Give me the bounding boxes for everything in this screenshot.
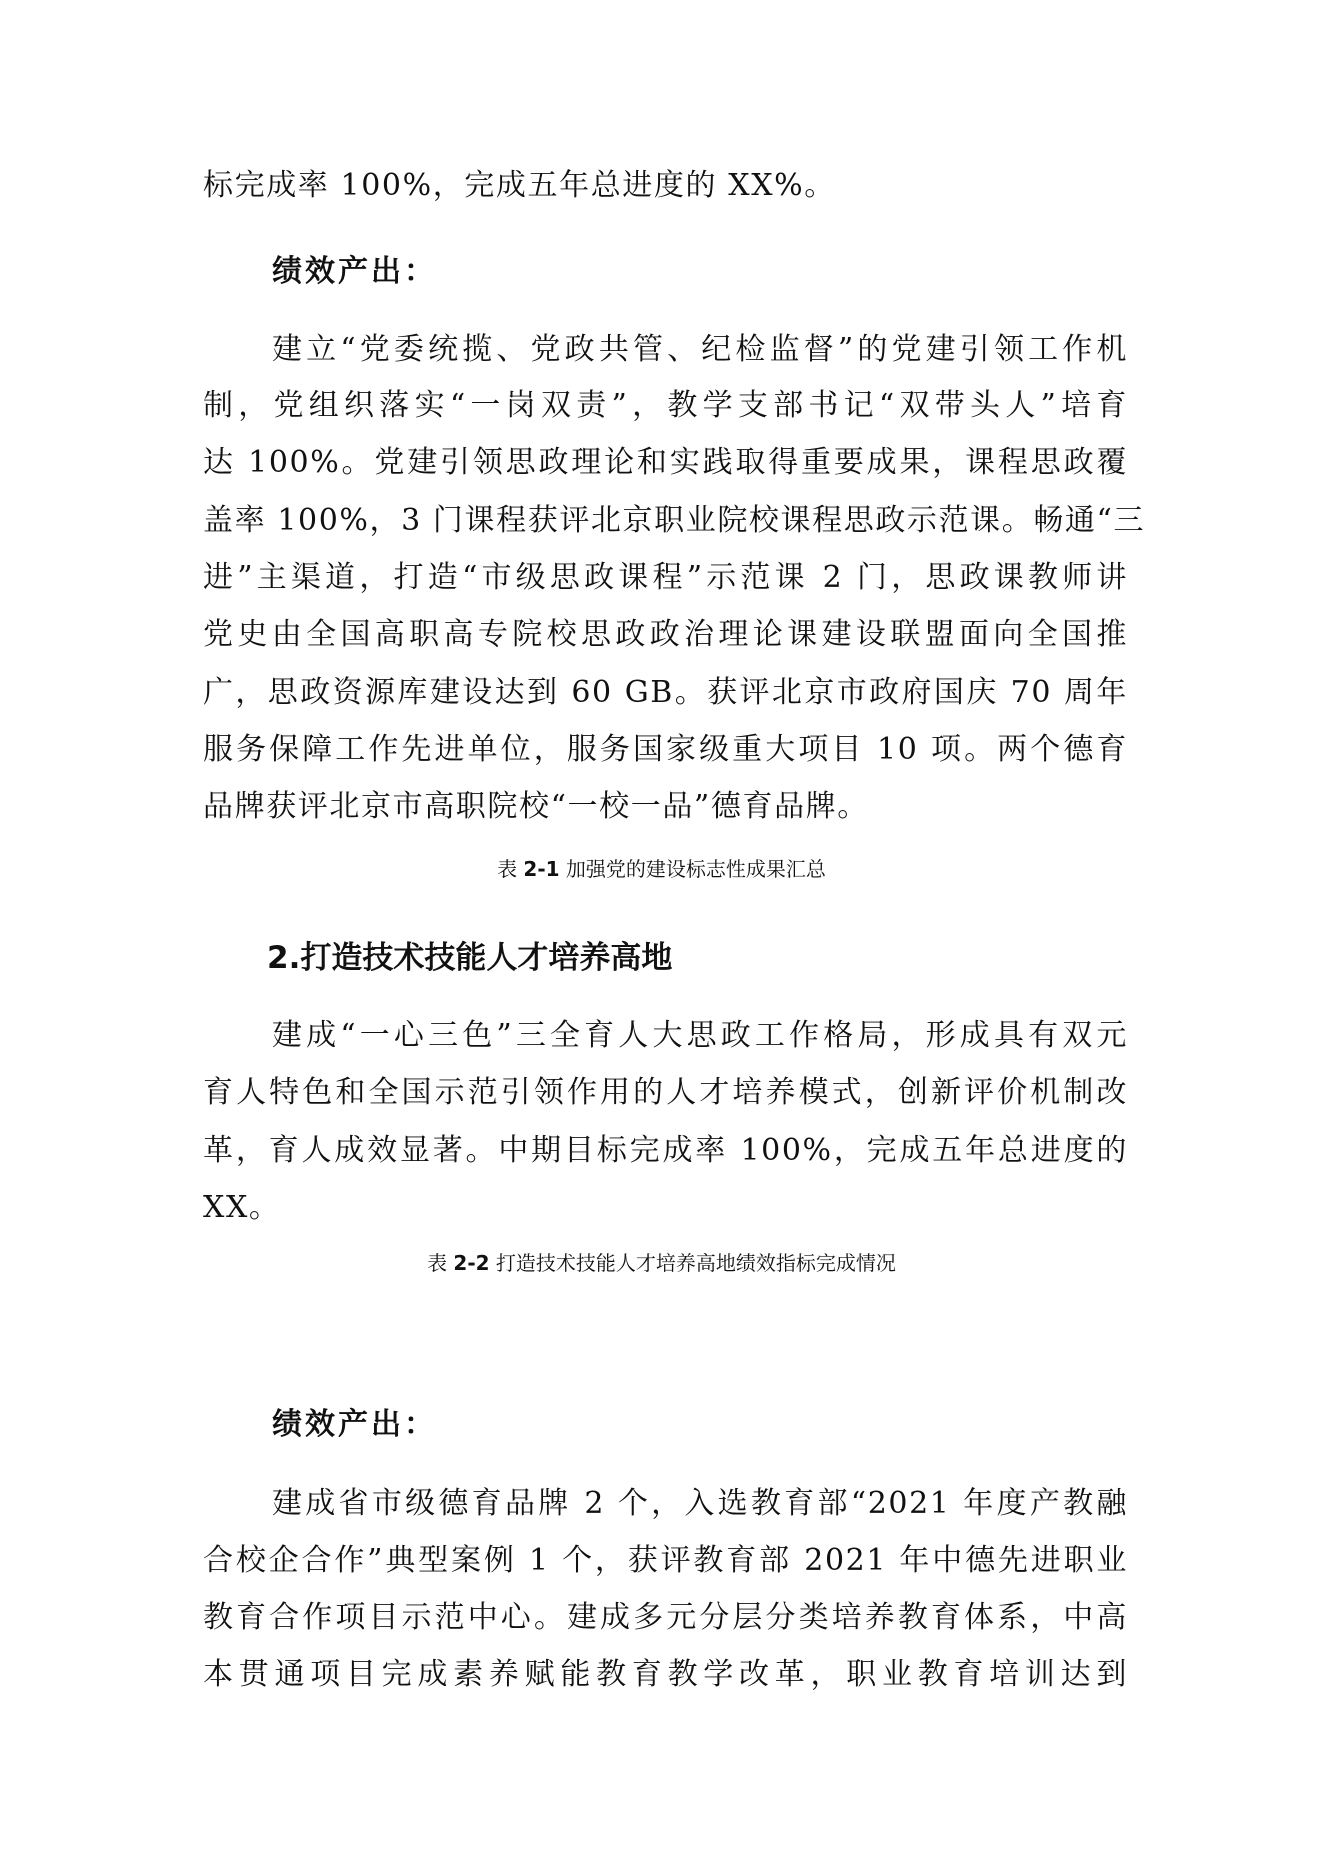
- paragraph-line: 广，思政资源库建设达到 60 GB。获评北京市政府国庆 70 周年: [203, 673, 1128, 713]
- caption-number: 2-2: [453, 1251, 489, 1275]
- section-heading: 2.打造技术技能人才培养高地: [267, 938, 672, 978]
- paragraph-line: 党史由全国高职高专院校思政政治理论课建设联盟面向全国推: [203, 615, 1128, 655]
- paragraph-line: 建成“一心三色”三全育人大思政工作格局，形成具有双元: [272, 1016, 1128, 1056]
- paragraph-line: 建立“党委统揽、党政共管、纪检监督”的党建引领工作机: [272, 330, 1128, 370]
- performance-output-heading: 绩效产出：: [272, 1405, 437, 1445]
- caption-prefix: 表: [427, 1251, 447, 1275]
- paragraph-line: 合校企合作”典型案例 1 个，获评教育部 2021 年中德先进职业: [203, 1541, 1128, 1581]
- paragraph-line: 品牌获评北京市高职院校“一校一品”德育品牌。: [203, 787, 1128, 827]
- caption-prefix: 表: [497, 857, 517, 881]
- caption-number: 2-1: [523, 857, 559, 881]
- performance-output-heading: 绩效产出：: [272, 252, 437, 292]
- caption-text: 打造技术技能人才培养高地绩效指标完成情况: [496, 1251, 896, 1275]
- paragraph-line: 革，育人成效显著。中期目标完成率 100%，完成五年总进度的: [203, 1131, 1128, 1171]
- intro-line: 标完成率 100%，完成五年总进度的 XX%。: [203, 166, 1128, 206]
- table-caption-2-1: 表 2-1 加强党的建设标志性成果汇总: [0, 856, 1323, 882]
- document-page: 标完成率 100%，完成五年总进度的 XX%。 绩效产出： 建立“党委统揽、党政…: [0, 0, 1323, 1871]
- paragraph-line: XX。: [203, 1188, 1128, 1228]
- paragraph-line: 教育合作项目示范中心。建成多元分层分类培养教育体系，中高: [203, 1598, 1128, 1638]
- table-caption-2-2: 表 2-2 打造技术技能人才培养高地绩效指标完成情况: [0, 1250, 1323, 1276]
- paragraph-line: 达 100%。党建引领思政理论和实践取得重要成果，课程思政覆: [203, 443, 1128, 483]
- paragraph-line: 本贯通项目完成素养赋能教育教学改革，职业教育培训达到: [203, 1655, 1128, 1695]
- paragraph-line: 盖率 100%，3 门课程获评北京职业院校课程思政示范课。畅通“三: [203, 501, 1128, 541]
- caption-text: 加强党的建设标志性成果汇总: [566, 857, 826, 881]
- paragraph-line: 育人特色和全国示范引领作用的人才培养模式，创新评价机制改: [203, 1073, 1128, 1113]
- paragraph-line: 进”主渠道，打造“市级思政课程”示范课 2 门，思政课教师讲: [203, 558, 1128, 598]
- paragraph-line: 建成省市级德育品牌 2 个，入选教育部“2021 年度产教融: [272, 1484, 1128, 1524]
- paragraph-line: 服务保障工作先进单位，服务国家级重大项目 10 项。两个德育: [203, 730, 1128, 770]
- paragraph-line: 制，党组织落实“一岗双责”，教学支部书记“双带头人”培育: [203, 386, 1128, 426]
